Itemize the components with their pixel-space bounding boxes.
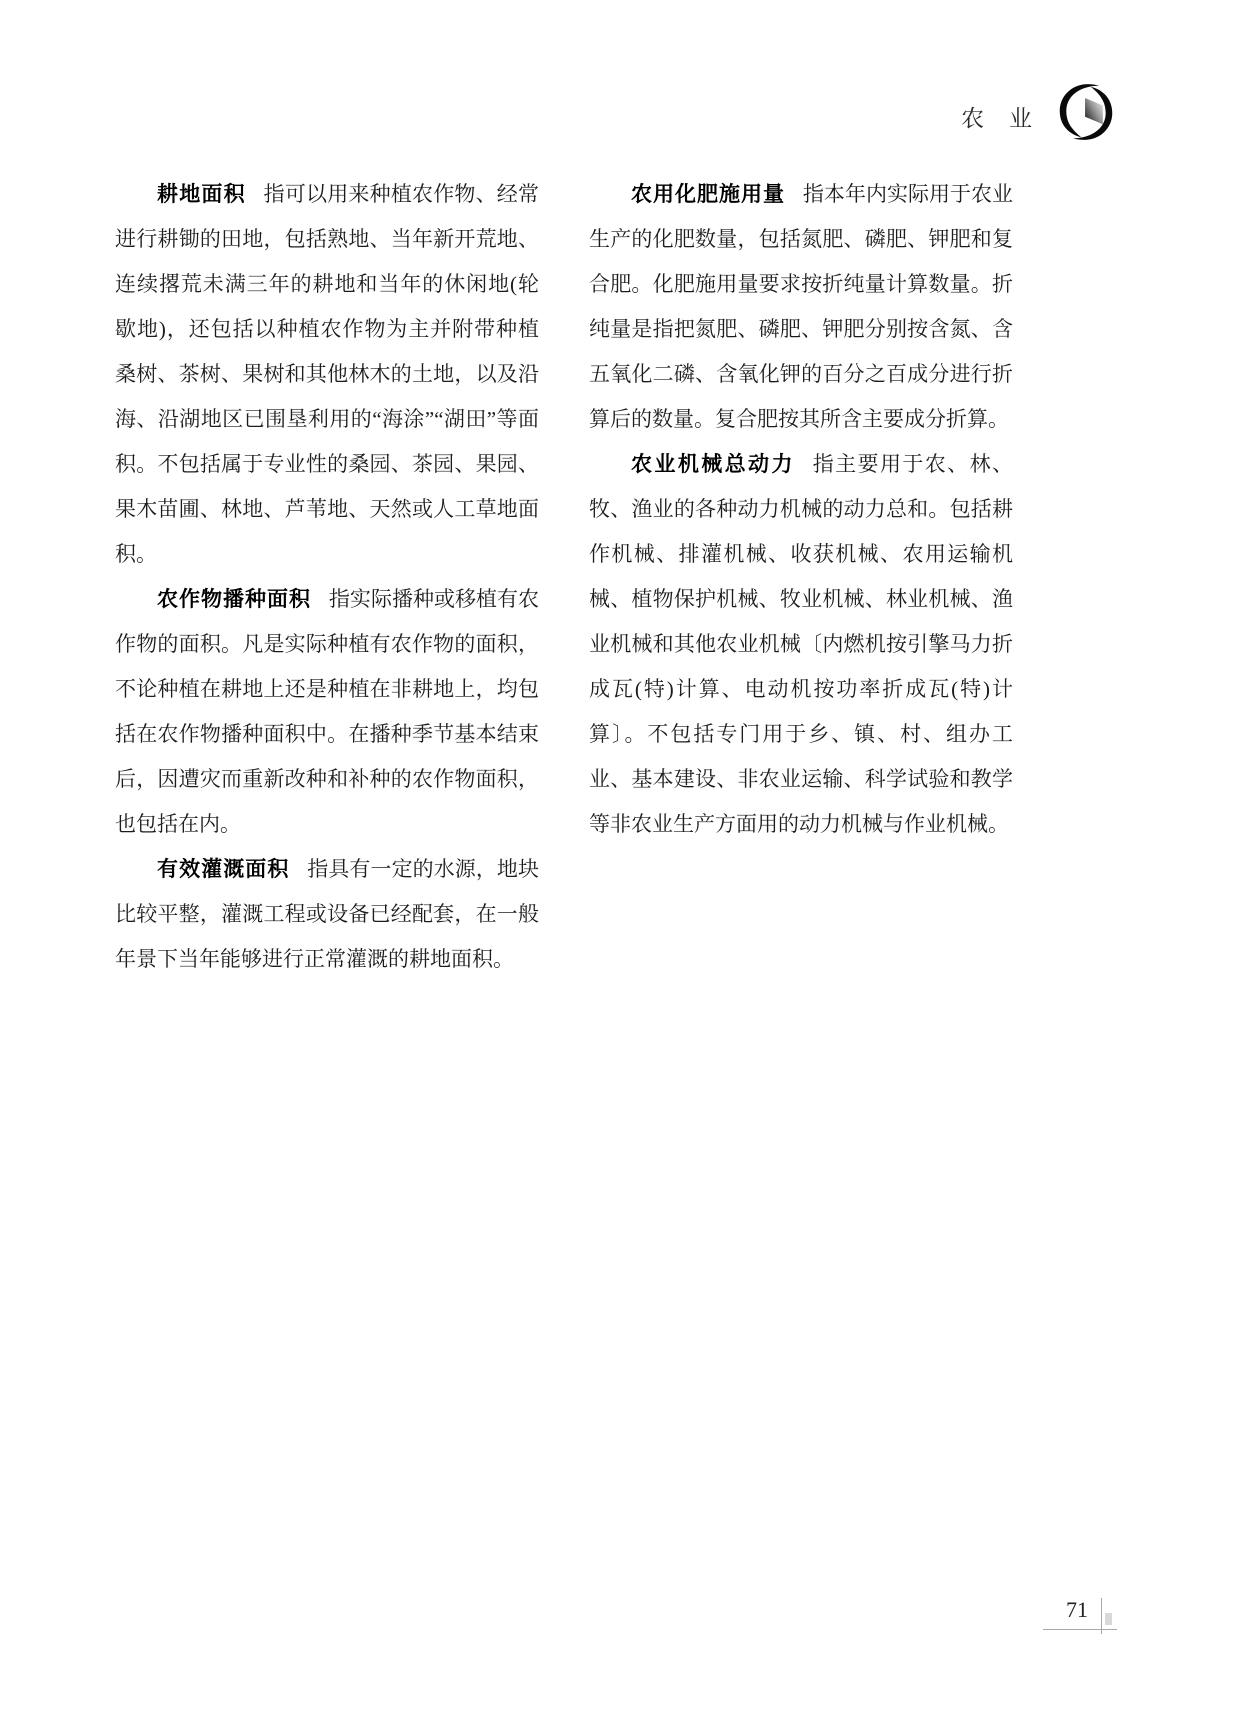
definition-text: 指实际播种或移植有农作物的面积。凡是实际种植有农作物的面积，不论种植在耕地上还是… <box>115 587 539 836</box>
definition-text: 指本年内实际用于农业生产的化肥数量，包括氮肥、磷肥、钾肥和复合肥。化肥施用量要求… <box>589 182 1013 431</box>
definition-paragraph: 农作物播种面积指实际播种或移植有农作物的面积。凡是实际种植有农作物的面积，不论种… <box>115 577 539 847</box>
definition-term: 农用化肥施用量 <box>631 183 785 206</box>
footer-binding-mark <box>1105 1613 1112 1625</box>
definition-paragraph: 农业机械总动力指主要用于农、林、牧、渔业的各种动力机械的动力总和。包括耕作机械、… <box>589 442 1013 847</box>
definition-term: 耕地面积 <box>157 183 246 206</box>
left-column: 耕地面积指可以用来种植农作物、经常进行耕锄的田地，包括熟地、当年新开荒地、连续撂… <box>115 172 539 982</box>
definition-term: 有效灌溉面积 <box>157 858 289 881</box>
footer-rule-vertical <box>1101 1598 1102 1634</box>
definition-paragraph: 农用化肥施用量指本年内实际用于农业生产的化肥数量，包括氮肥、磷肥、钾肥和复合肥。… <box>589 172 1013 442</box>
definition-paragraph: 耕地面积指可以用来种植农作物、经常进行耕锄的田地，包括熟地、当年新开荒地、连续撂… <box>115 172 539 577</box>
publisher-swirl-logo-icon <box>1056 82 1116 142</box>
right-column: 农用化肥施用量指本年内实际用于农业生产的化肥数量，包括氮肥、磷肥、钾肥和复合肥。… <box>589 172 1013 847</box>
document-page: 农 业 耕地面积指可以用来种植农作物、经常进行耕锄的田地，包括熟地、当年新开荒地… <box>0 0 1241 1713</box>
page-number: 71 <box>1058 1597 1096 1623</box>
definition-text: 指主要用于农、林、牧、渔业的各种动力机械的动力总和。包括耕作机械、排灌机械、收获… <box>589 452 1013 836</box>
section-title: 农 业 <box>961 100 1033 133</box>
footer-rule-horizontal <box>1043 1629 1117 1630</box>
definition-paragraph: 有效灌溉面积指具有一定的水源，地块比较平整，灌溉工程或设备已经配套，在一般年景下… <box>115 847 539 982</box>
definition-text: 指可以用来种植农作物、经常进行耕锄的田地，包括熟地、当年新开荒地、连续撂荒未满三… <box>115 182 539 566</box>
definition-term: 农业机械总动力 <box>631 453 795 476</box>
definition-term: 农作物播种面积 <box>157 588 311 611</box>
